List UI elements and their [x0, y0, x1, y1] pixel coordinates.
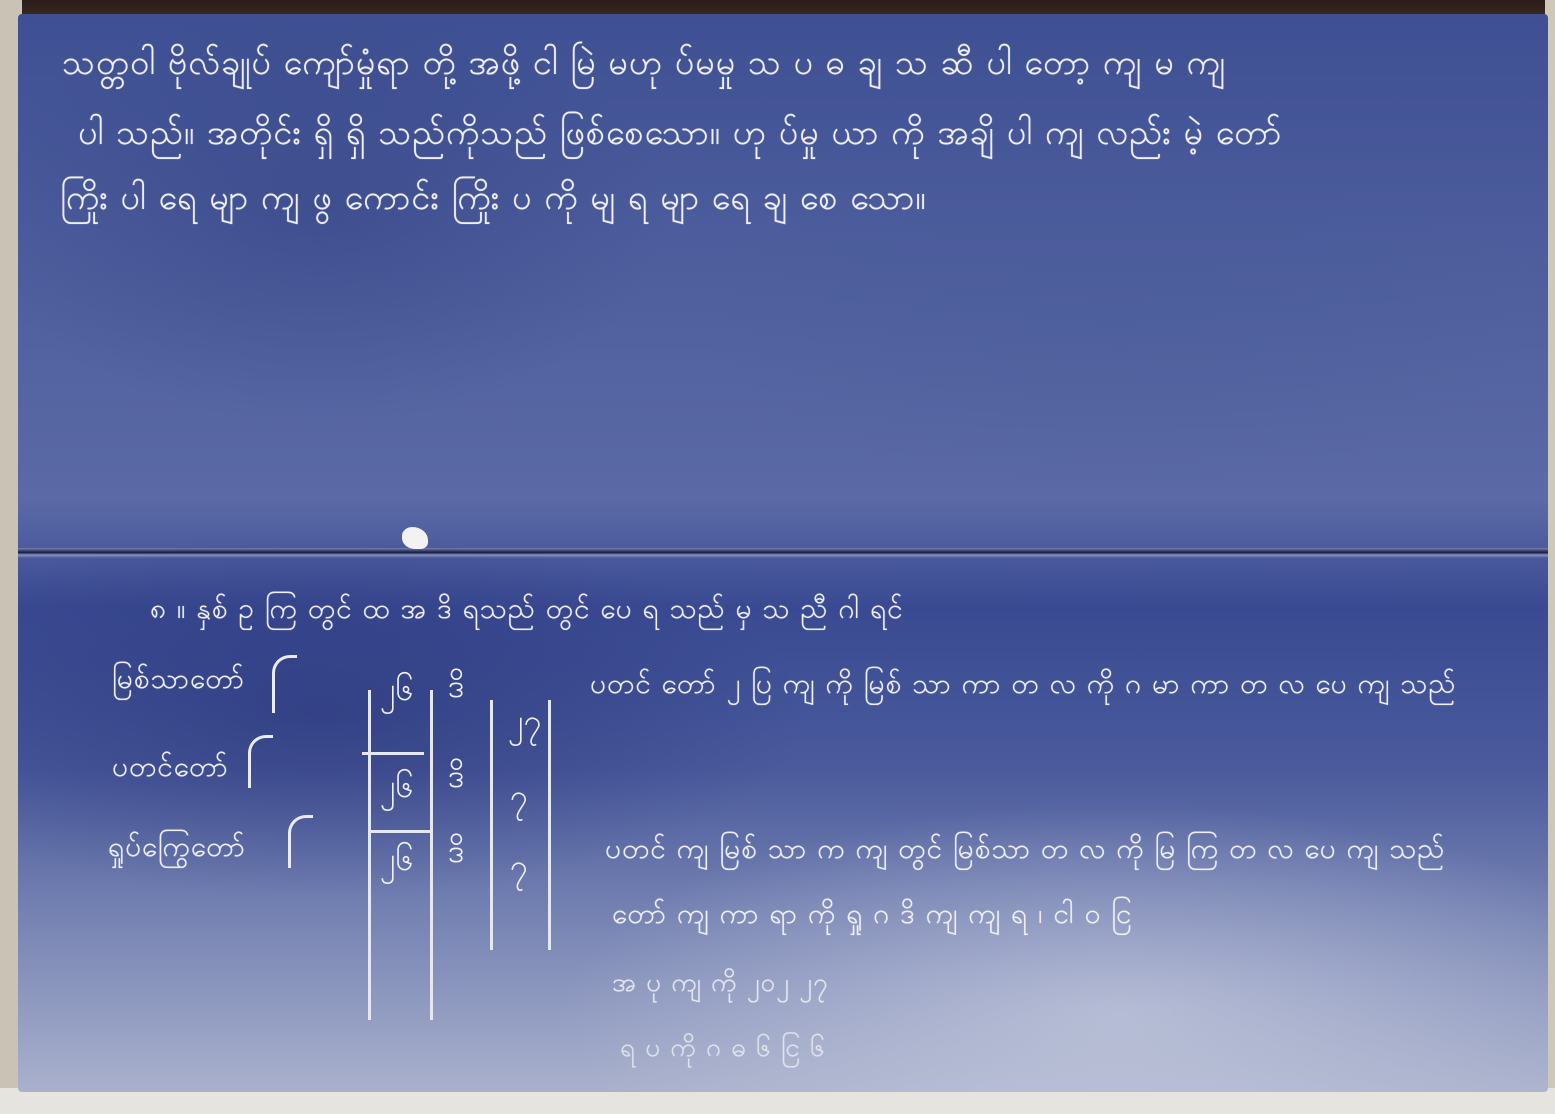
label-2: ပတင်တော် [112, 748, 229, 790]
table-column-line-3 [490, 700, 493, 950]
right-line-4: အ ပု ကျ ကို ၂၀၂ ၂၇ [612, 965, 829, 1004]
number-cell: ၂၆ [380, 838, 414, 886]
label-3: ရှုပ်ကြွေတော် [108, 828, 246, 870]
label-1-brace [272, 655, 297, 713]
right-line-2: ပတင် ကျ မြစ် သာ က ကျ တွင် မြစ်သာ တ လ ကို… [605, 830, 1445, 872]
label-2-brace [248, 735, 273, 788]
upper-line-3: ကြိုး ပါ ရေ မျာ ကျ ဖွ ကောင်း ကြိုး ပ ကို… [60, 175, 927, 226]
table-column-line-4 [548, 700, 551, 950]
upper-line-1: သတ္တဝါ ဗိုလ်ချုပ် ကျော်မှုံရာ တို့ အဖို့… [62, 40, 1226, 91]
label-1: မြစ်သာတော် [112, 660, 245, 702]
number-cell: ဒိ [448, 665, 465, 713]
number-cell: ဒိ [448, 830, 465, 878]
table-row-divider-1 [362, 752, 424, 755]
upper-line-2: ပါ သည်။ အတိုင်း ရှိ ရှိ သည်ကိုသည် ဖြစ်စေ… [78, 110, 1282, 161]
number-cell: ၇ [510, 775, 528, 823]
number-cell: ၂၆ [380, 765, 414, 813]
number-cell: ဒိ [448, 755, 465, 803]
number-cell: ၂၆ [380, 668, 414, 716]
right-line-1: ပတင် တော် ၂ ပြ ကျ ကို မြစ် သာ ကာ တ လ ကို… [590, 665, 1456, 707]
number-cell: ၇ [510, 845, 528, 893]
table-column-line-1 [368, 690, 371, 1020]
number-cell: ၂၇ [508, 700, 542, 748]
table-column-line-2 [430, 690, 433, 1020]
right-line-3: တော် ကျ ကာ ရာ ကို ရှု ဂ ဒိ ကျ ကျ ရ ၊ ငါ … [612, 895, 1133, 937]
table-row-divider-2 [370, 830, 430, 833]
label-3-brace [288, 815, 313, 868]
lower-heading: ၈ ။ နှစ် ဥ ကြ တွင် ထ အ ဒိ ရသည် တွင် ပေ ရ… [150, 590, 904, 632]
fold-crease [18, 548, 1548, 558]
right-line-5: ရ ပ ကို ဂ ဓ ၆ ငြ ၆ [620, 1030, 826, 1069]
